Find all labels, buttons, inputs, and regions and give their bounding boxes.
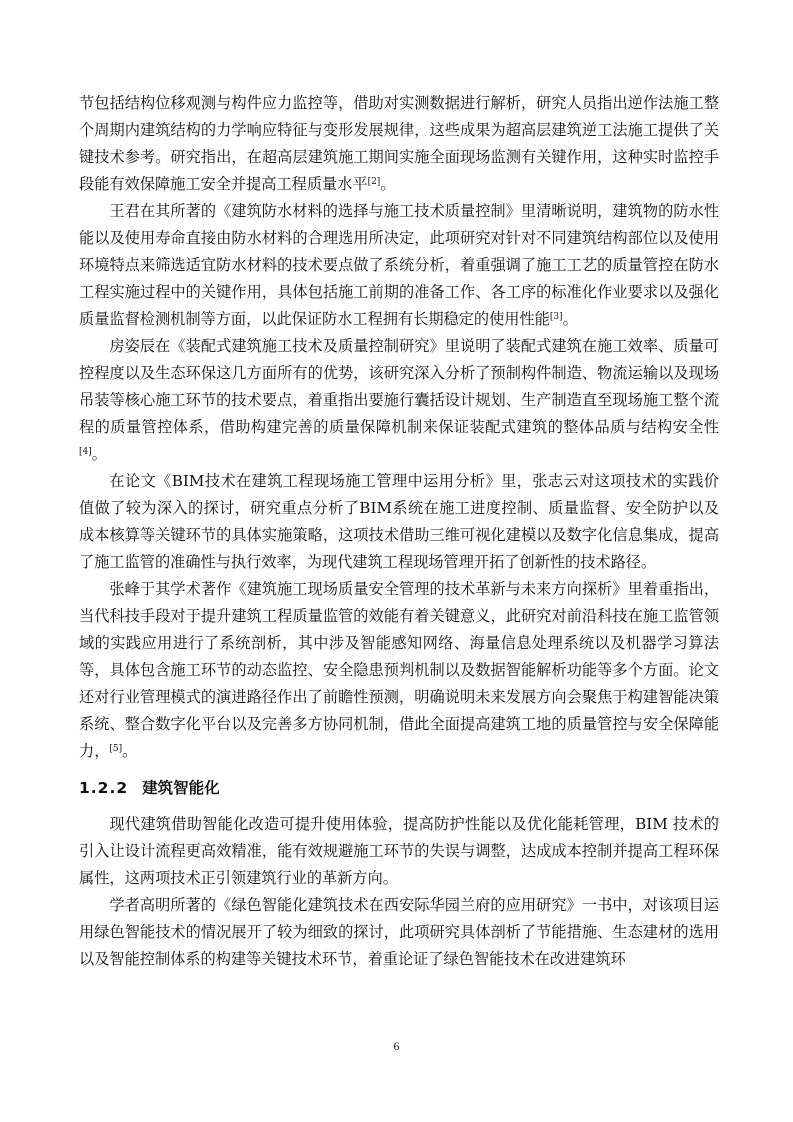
paragraph-gaoming: 学者高明所著的《绿色智能化建筑技术在西安际华园兰府的应用研究》一书中，对该项目运…: [79, 892, 719, 973]
paragraph-text: 在论文《BIM技术在建筑工程现场施工管理中运用分析》里，张志云对这项技术的实践价…: [79, 472, 719, 571]
paragraph-intelligent-intro: 现代建筑借助智能化改造可提升使用体验，提高防护性能以及优化能耗管理，BIM 技术…: [79, 811, 719, 892]
citation-ref[interactable]: [2]: [368, 177, 381, 187]
paragraph-end: 。: [92, 445, 107, 463]
citation-ref[interactable]: [3]: [550, 312, 563, 322]
section-title: 建筑智能化: [142, 779, 220, 797]
paragraph-zhangfeng: 张峰于其学术著作《建筑施工现场质量安全管理的技术革新与未来方向探析》里着重指出，…: [79, 576, 719, 765]
page-number: 6: [0, 1039, 793, 1054]
paragraph-zhangzhiyun: 在论文《BIM技术在建筑工程现场施工管理中运用分析》里，张志云对这项技术的实践价…: [79, 468, 719, 576]
paragraph-end: 。: [122, 742, 137, 760]
citation-ref[interactable]: [5]: [109, 744, 122, 754]
paragraph-text: 张峰于其学术著作《建筑施工现场质量安全管理的技术革新与未来方向探析》里着重指出，…: [79, 580, 719, 760]
paragraph-text: 学者高明所著的《绿色智能化建筑技术在西安际华园兰府的应用研究》一书中，对该项目运…: [79, 896, 719, 968]
paragraph-text: 现代建筑借助智能化改造可提升使用体验，提高防护性能以及优化能耗管理，BIM 技术…: [79, 815, 719, 887]
paragraph-text: 王君在其所著的《建筑防水材料的选择与施工技术质量控制》里清晰说明，建筑物的防水性…: [79, 202, 719, 328]
section-heading: 1.2.2建筑智能化: [79, 775, 719, 801]
document-page-body: 节包括结构位移观测与构件应力监控等，借助对实测数据进行解析，研究人员指出逆作法施…: [79, 90, 719, 973]
paragraph-end: 。: [563, 310, 578, 328]
paragraph-wangjun: 王君在其所著的《建筑防水材料的选择与施工技术质量控制》里清晰说明，建筑物的防水性…: [79, 198, 719, 333]
paragraph-text: 房姿辰在《装配式建筑施工技术及质量控制研究》里说明了装配式建筑在施工效率、质量可…: [79, 337, 719, 436]
paragraph-continued: 节包括结构位移观测与构件应力监控等，借助对实测数据进行解析，研究人员指出逆作法施…: [79, 90, 719, 198]
paragraph-fangzichen: 房姿辰在《装配式建筑施工技术及质量控制研究》里说明了装配式建筑在施工效率、质量可…: [79, 333, 719, 468]
citation-ref[interactable]: [4]: [79, 447, 92, 457]
section-number: 1.2.2: [79, 779, 128, 797]
paragraph-text: 节包括结构位移观测与构件应力监控等，借助对实测数据进行解析，研究人员指出逆作法施…: [79, 94, 719, 193]
paragraph-end: 。: [380, 175, 395, 193]
